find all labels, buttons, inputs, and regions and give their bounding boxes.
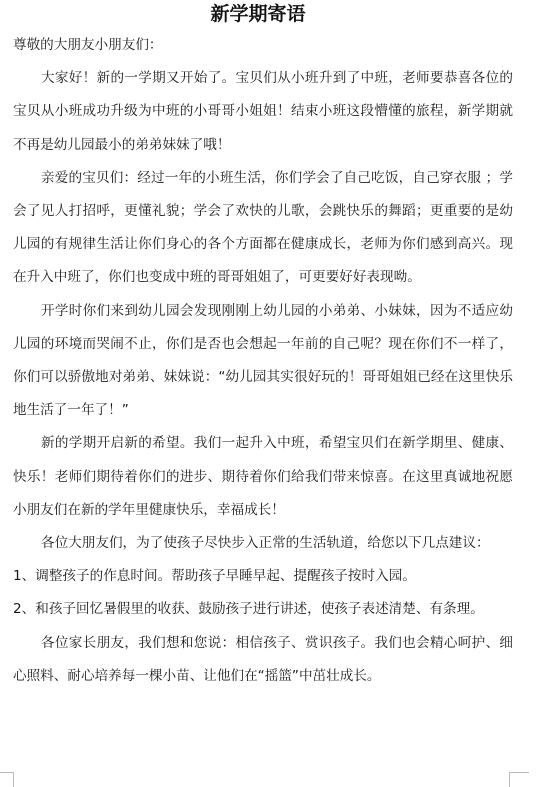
paragraph-achievements: 亲爱的宝贝们：经过一年的小班生活，你们学会了自己吃饭，自己穿衣服 ；学会了见人打… — [13, 162, 513, 295]
document-page: 新学期寄语 尊敬的大朋友小朋友们： 大家好！新的一学期又开始了。宝贝们从小班升到… — [0, 0, 558, 787]
page-corner-mark-left — [0, 772, 14, 787]
suggestion-item-1: 1、调整孩子的作息时间。帮助孩子早睡早起、提醒孩子按时入园。 — [13, 560, 513, 593]
paragraph-greeting: 大家好！新的一学期又开始了。宝贝们从小班升到了中班，老师要恭喜各位的宝贝从小班成… — [13, 62, 513, 162]
suggestion-item-2: 2、和孩子回忆暑假里的收获、鼓励孩子进行讲述，使孩子表述清楚、有条理。 — [13, 593, 513, 626]
page-corner-mark-right — [509, 772, 529, 787]
paragraph-new-hope: 新的学期开启新的希望。我们一起升入中班，希望宝贝们在新学期里、健康、快乐！老师们… — [13, 427, 513, 527]
document-body: 尊敬的大朋友小朋友们： 大家好！新的一学期又开始了。宝贝们从小班升到了中班，老师… — [13, 29, 513, 693]
document-title: 新学期寄语 — [0, 1, 516, 27]
salutation: 尊敬的大朋友小朋友们： — [13, 29, 513, 62]
paragraph-closing: 各位家长朋友，我们想和您说：相信孩子、赏识孩子。我们也会精心呵护、细心照料、耐心… — [13, 627, 513, 693]
paragraph-new-kids: 开学时你们来到幼儿园会发现刚刚上幼儿园的小弟弟、小妹妹，因为不适应幼儿园的环境而… — [13, 295, 513, 428]
paragraph-suggestions-intro: 各位大朋友们，为了使孩子尽快步入正常的生活轨道，给您以下几点建议： — [13, 527, 513, 560]
